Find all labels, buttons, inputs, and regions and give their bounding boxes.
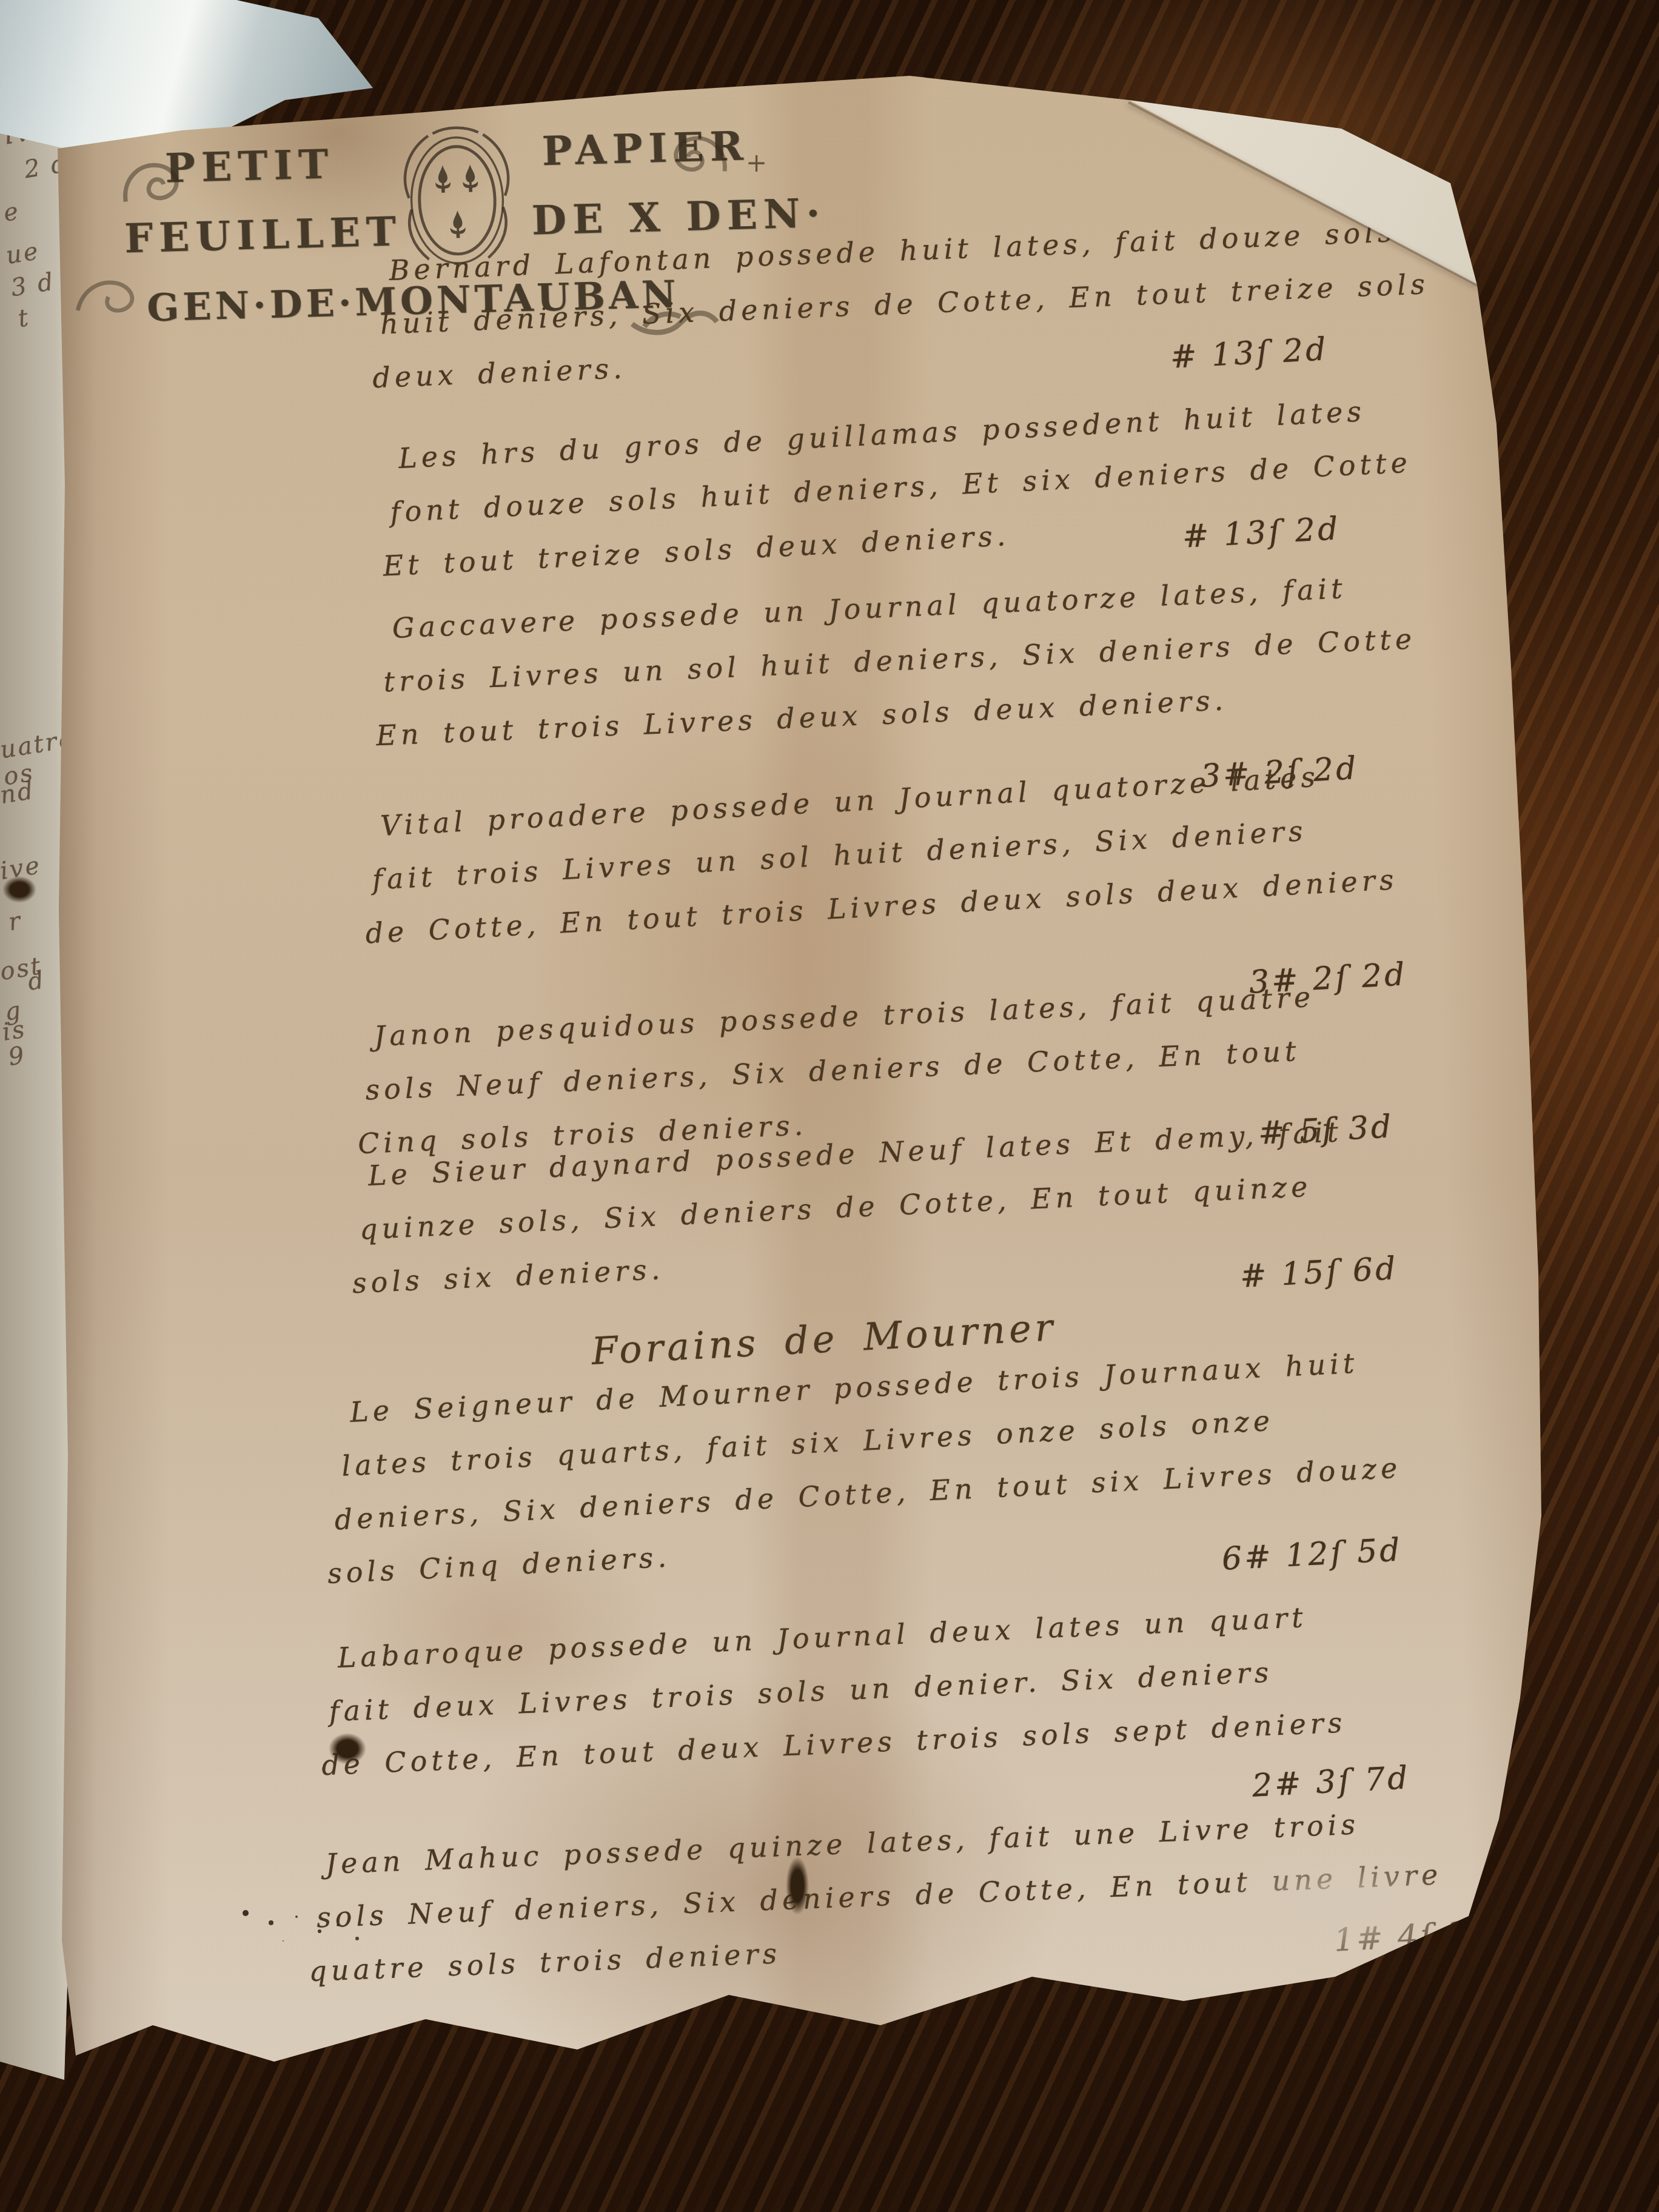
tax-entry: Labaroque possede un Journal deux lates … <box>337 1589 1347 1791</box>
left-page-fragment: 3 d <box>9 270 56 301</box>
entry-amount: # 13ſ 2d <box>1170 333 1329 374</box>
stamp-text-petit: PETIT <box>164 140 335 192</box>
entry-amount: # 13ſ 2d <box>1182 513 1341 553</box>
stamp-text-feuillet: FEUILLET <box>124 207 403 262</box>
left-page-fragment: is <box>1 1017 28 1045</box>
paper-hole <box>786 1857 809 1915</box>
left-page-fragment: r <box>7 909 24 935</box>
left-page-fragment: e <box>2 199 22 226</box>
ink-blot <box>329 1733 366 1765</box>
tax-entry: Les hrs du gros de guillamas possedent h… <box>397 383 1415 592</box>
cross-mark: + <box>746 150 767 176</box>
manuscript-page: PETIT PAPIER FEUILLET DE X DEN· GEN·DE·M… <box>55 73 1546 2068</box>
ink-blot <box>2 876 36 903</box>
left-page-fragment: nd <box>0 779 36 808</box>
left-page-fragment: ue <box>4 239 41 268</box>
ink-speckles <box>243 1910 249 1916</box>
entry-amount: 6# 12ſ 5d <box>1221 1534 1403 1575</box>
tax-entry: Gaccavere possede un Journal quatorze la… <box>391 558 1419 761</box>
flourish-icon <box>65 270 157 324</box>
left-page-fragment: d <box>26 968 47 994</box>
left-page-fragment: 9 <box>7 1043 27 1070</box>
tax-entry: Vital proadere possede un Journal quator… <box>379 746 1399 959</box>
entry-amount: # 15ſ 6d <box>1239 1253 1399 1293</box>
stamp-text-papier: PAPIER <box>541 122 750 175</box>
left-page-fragment: t <box>16 306 32 331</box>
